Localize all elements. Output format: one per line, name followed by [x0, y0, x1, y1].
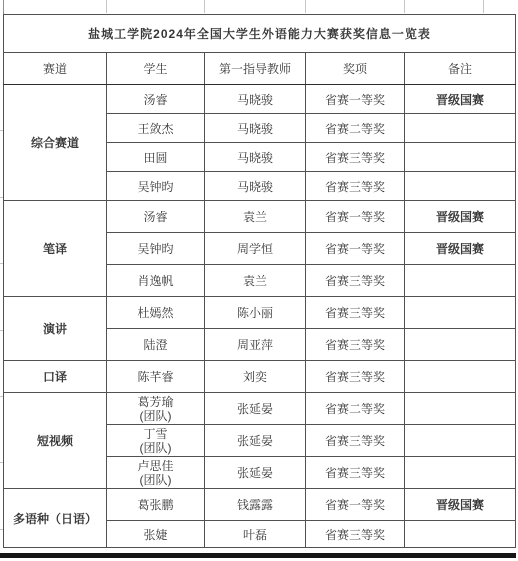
track-cell: 多语种（日语）	[4, 489, 107, 548]
gridline-tick	[483, 0, 484, 13]
award-cell: 省赛三等奖	[306, 329, 405, 361]
awards-table: 盐城工学院2024年全国大学生外语能力大赛获奖信息一览表 赛道 学生 第一指导教…	[3, 14, 516, 548]
note-cell	[405, 297, 516, 329]
student-team-suffix: (团队)	[109, 441, 202, 455]
student-team-suffix: (团队)	[109, 473, 202, 487]
teacher-cell: 周亚萍	[205, 329, 306, 361]
teacher-cell: 张延晏	[205, 425, 306, 457]
student-cell: 卢思佳 (团队)	[107, 457, 205, 489]
col-header-award: 奖项	[306, 53, 405, 85]
track-cell: 短视频	[4, 393, 107, 489]
track-cell: 演讲	[4, 297, 107, 361]
teacher-cell: 马晓骏	[205, 172, 306, 201]
track-cell: 综合赛道	[4, 85, 107, 201]
screenshot-root: 盐城工学院2024年全国大学生外语能力大赛获奖信息一览表 赛道 学生 第一指导教…	[0, 0, 518, 561]
student-name: 丁雪	[109, 427, 202, 441]
teacher-cell: 马晓骏	[205, 114, 306, 143]
teacher-cell: 袁兰	[205, 201, 306, 233]
student-cell: 汤睿	[107, 85, 205, 114]
note-cell: 晋级国赛	[405, 489, 516, 521]
student-cell: 葛张鹏	[107, 489, 205, 521]
teacher-cell: 张延晏	[205, 457, 306, 489]
page-title: 盐城工学院2024年全国大学生外语能力大赛获奖信息一览表	[4, 15, 516, 53]
student-cell: 吴钟昀	[107, 233, 205, 265]
note-cell	[405, 457, 516, 489]
table-row: 综合赛道 汤睿 马晓骏 省赛一等奖 晋级国赛	[4, 85, 516, 114]
student-team-suffix: (团队)	[109, 409, 202, 423]
student-cell: 汤睿	[107, 201, 205, 233]
student-cell: 杜嫣然	[107, 297, 205, 329]
col-header-remark: 备注	[405, 53, 516, 85]
note-cell	[405, 393, 516, 425]
table-row: 多语种（日语） 葛张鹏 钱露露 省赛一等奖 晋级国赛	[4, 489, 516, 521]
table-row: 笔译 汤睿 袁兰 省赛一等奖 晋级国赛	[4, 201, 516, 233]
student-cell: 田圆	[107, 143, 205, 172]
student-cell: 丁雪 (团队)	[107, 425, 205, 457]
note-cell	[405, 361, 516, 393]
award-cell: 省赛一等奖	[306, 233, 405, 265]
teacher-cell: 马晓骏	[205, 143, 306, 172]
track-cell: 口译	[4, 361, 107, 393]
col-header-track: 赛道	[4, 53, 107, 85]
student-cell: 陆澄	[107, 329, 205, 361]
award-cell: 省赛三等奖	[306, 143, 405, 172]
note-cell	[405, 143, 516, 172]
award-cell: 省赛三等奖	[306, 172, 405, 201]
award-cell: 省赛二等奖	[306, 393, 405, 425]
award-cell: 省赛三等奖	[306, 297, 405, 329]
teacher-cell: 刘奕	[205, 361, 306, 393]
table-row: 口译 陈芊睿 刘奕 省赛三等奖	[4, 361, 516, 393]
note-cell	[405, 265, 516, 297]
track-cell: 笔译	[4, 201, 107, 297]
teacher-cell: 钱露露	[205, 489, 306, 521]
student-name: 卢思佳	[109, 459, 202, 473]
award-cell: 省赛三等奖	[306, 521, 405, 548]
col-header-advisor: 第一指导教师	[205, 53, 306, 85]
teacher-cell: 袁兰	[205, 265, 306, 297]
table-row: 短视频 葛芳瑜 (团队) 张延晏 省赛二等奖	[4, 393, 516, 425]
note-cell	[405, 521, 516, 548]
student-cell: 王敛杰	[107, 114, 205, 143]
student-cell: 葛芳瑜 (团队)	[107, 393, 205, 425]
note-cell: 晋级国赛	[405, 201, 516, 233]
teacher-cell: 马晓骏	[205, 85, 306, 114]
teacher-cell: 张延晏	[205, 393, 306, 425]
note-cell	[405, 425, 516, 457]
gridline-tick	[204, 0, 205, 13]
gridline-tick	[305, 0, 306, 13]
table-row: 演讲 杜嫣然 陈小丽 省赛三等奖	[4, 297, 516, 329]
teacher-cell: 周学恒	[205, 233, 306, 265]
teacher-cell: 陈小丽	[205, 297, 306, 329]
award-cell: 省赛一等奖	[306, 201, 405, 233]
student-cell: 吴钟昀	[107, 172, 205, 201]
bottom-edge-bar	[0, 553, 516, 558]
award-cell: 省赛二等奖	[306, 114, 405, 143]
gridline-tick	[404, 0, 405, 13]
title-row: 盐城工学院2024年全国大学生外语能力大赛获奖信息一览表	[4, 15, 516, 53]
teacher-cell: 叶磊	[205, 521, 306, 548]
award-cell: 省赛一等奖	[306, 85, 405, 114]
gridline-tick	[106, 0, 107, 13]
student-cell: 张婕	[107, 521, 205, 548]
note-cell: 晋级国赛	[405, 233, 516, 265]
student-cell: 肖逸帆	[107, 265, 205, 297]
award-cell: 省赛三等奖	[306, 457, 405, 489]
note-cell	[405, 114, 516, 143]
award-cell: 省赛三等奖	[306, 265, 405, 297]
award-cell: 省赛三等奖	[306, 361, 405, 393]
gridline-stub	[3, 0, 4, 15]
col-header-student: 学生	[107, 53, 205, 85]
header-row: 赛道 学生 第一指导教师 奖项 备注	[4, 53, 516, 85]
award-cell: 省赛一等奖	[306, 489, 405, 521]
note-cell	[405, 172, 516, 201]
note-cell	[405, 329, 516, 361]
student-cell: 陈芊睿	[107, 361, 205, 393]
note-cell: 晋级国赛	[405, 85, 516, 114]
student-name: 葛芳瑜	[109, 395, 202, 409]
award-cell: 省赛三等奖	[306, 425, 405, 457]
